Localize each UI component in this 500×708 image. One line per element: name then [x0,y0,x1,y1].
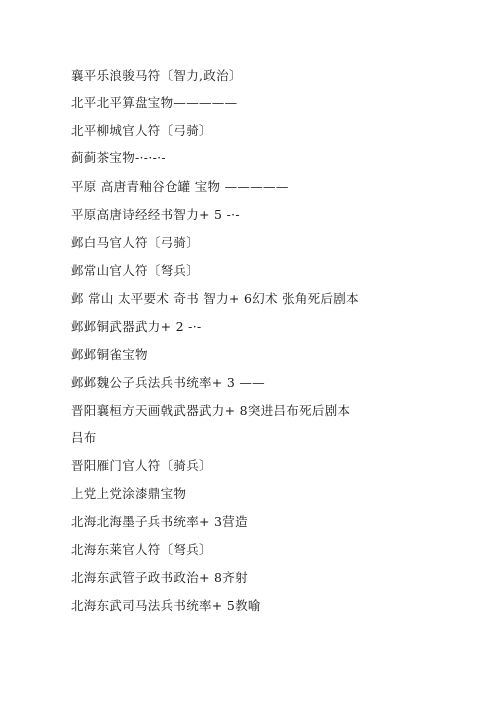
text-line: 北海东莱官人符〔弩兵〕 [71,542,212,558]
text-line: 吕布 [71,430,97,446]
text-line: 邺邺铜雀宝物 [71,347,148,363]
text-line: 蓟蓟茶宝物-·-·-·- [71,150,166,166]
text-line: 晋阳雁门官人符〔骑兵〕 [71,458,212,474]
text-line: 北平北平算盘宝物————— [71,95,237,111]
text-line: 晋阳襄桓方天画戟武器武力+ 8突进吕布死后剧本 [71,403,350,419]
text-line: 上党上党涂漆鼎宝物 [71,486,186,502]
text-line: 邺邺魏公子兵法兵书统率+ 3 —— [71,375,265,391]
text-line: 北平柳城官人符〔弓骑〕 [71,123,212,139]
text-line: 邺常山官人符〔弩兵〕 [71,263,199,279]
text-line: 平原 高唐青釉谷仓罐 宝物 ————— [71,179,289,195]
text-line: 北海北海墨子兵书统率+ 3营造 [71,514,248,530]
text-line: 北海东武司马法兵书统率+ 5教喻 [71,598,261,614]
text-line: 邺 常山 太平要术 奇书 智力+ 6幻术 张角死后剧本 [71,291,359,307]
text-line: 邺白马官人符〔弓骑〕 [71,235,199,251]
document-page: 襄平乐浪骏马符〔智力,政治〕 北平北平算盘宝物————— 北平柳城官人符〔弓骑〕… [0,0,500,708]
text-line: 平原高唐诗经经书智力+ 5 -·- [71,207,240,223]
text-line: 北海东武管子政书政治+ 8齐射 [71,570,248,586]
text-line: 襄平乐浪骏马符〔智力,政治〕 [71,68,242,84]
text-line: 邺邺铜武器武力+ 2 -·- [71,319,202,335]
